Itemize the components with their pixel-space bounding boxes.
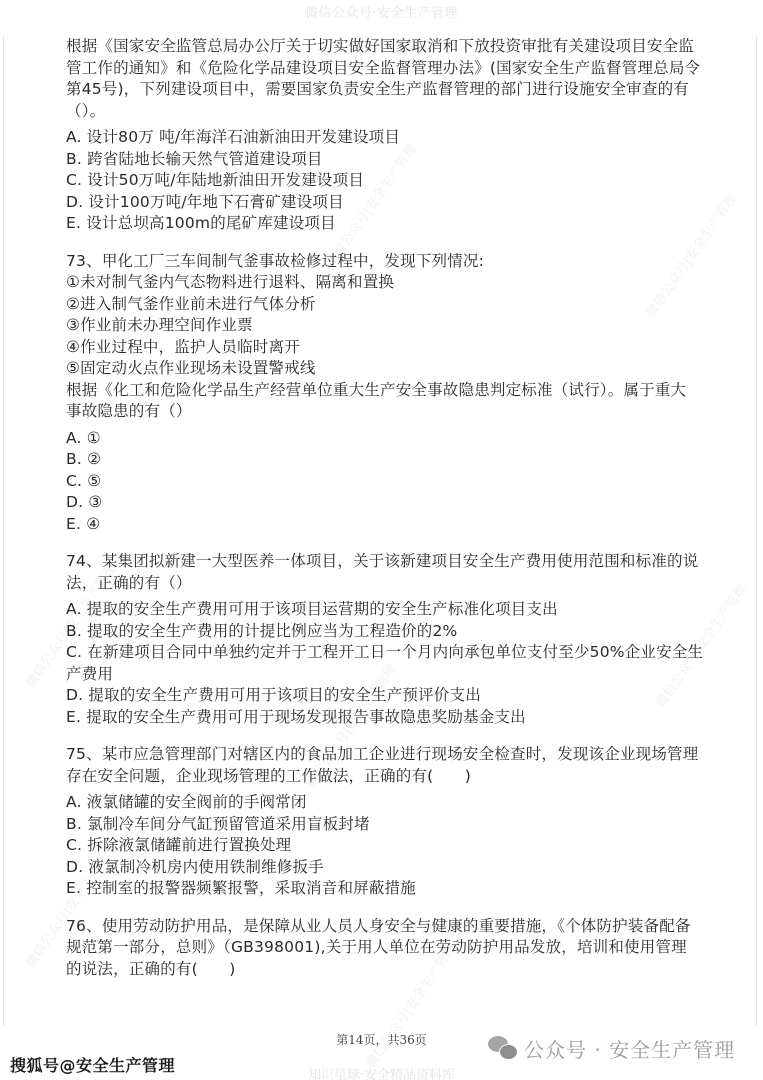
question-74: 74、某集团拟新建一大型医养一体项目，关于该新建项目安全生产费用使用范围和标准的… — [66, 551, 706, 728]
question-stem: ②进入制气釜作业前未进行气体分析 — [66, 294, 706, 316]
option-a: A. 提取的安全生产费用可用于该项目运营期的安全生产标准化项目支出 — [66, 599, 706, 621]
question-stem: 管工作的通知》和《危险化学品建设项目安全监督管理办法》(国家安全生产监督管理总局… — [66, 58, 706, 80]
question-76: 76、使用劳动防护用品，是保障从业人员人身安全与健康的重要措施，《个体防护装备配… — [66, 916, 706, 981]
question-stem: 根据《国家安全监管总局办公厅关于切实做好国家取消和下放投资审批有关建设项目安全监 — [66, 36, 706, 58]
question-73: 73、甲化工厂三车间制气釜事故检修过程中，发现下列情况: ①未对制气釜内气态物料… — [66, 251, 706, 536]
option-e: E. 设计总坝高100m的尾矿库建设项目 — [66, 213, 706, 235]
option-d: D. 液氯制冷机房内使用铁制维修扳手 — [66, 857, 706, 879]
question-stem: 73、甲化工厂三车间制气釜事故检修过程中，发现下列情况: — [66, 251, 706, 273]
question-stem: ⑤固定动火点作业现场未设置警戒线 — [66, 358, 706, 380]
question-stem: ①未对制气釜内气态物料进行退料、隔离和置换 — [66, 272, 706, 294]
option-a: A. ① — [66, 428, 706, 450]
question-stem: 75、某市应急管理部门对辖区内的食品加工企业进行现场安全检查时，发现该企业现场管… — [66, 744, 706, 766]
option-list: A. 提取的安全生产费用可用于该项目运营期的安全生产标准化项目支出 B. 提取的… — [66, 599, 706, 728]
wechat-icon — [488, 1036, 518, 1062]
option-c: C. 在新建项目合同中单独约定并于工程开工日一个月内向承包单位支付至少50%企业… — [66, 642, 706, 664]
question-stem: 存在安全问题，企业现场管理的工作做法，正确的有( ) — [66, 766, 706, 788]
option-a: A. 液氯储罐的安全阀前的手阀常闭 — [66, 792, 706, 814]
option-c: C. 设计50万吨/年陆地新油田开发建设项目 — [66, 170, 706, 192]
option-b: B. ② — [66, 449, 706, 471]
option-e: E. ④ — [66, 514, 706, 536]
option-c-continued: 产费用 — [66, 664, 706, 686]
question-stem: 第45号)，下列建设项目中，需要国家负责安全生产监督管理的部门进行设施安全审查的… — [66, 79, 706, 101]
question-stem: 规范第一部分，总则》（GB398001),关于用人单位在劳动防护用品发放，培训和… — [66, 937, 706, 959]
document-content: 根据《国家安全监管总局办公厅关于切实做好国家取消和下放投资审批有关建设项目安全监… — [66, 36, 706, 980]
question-stem: （）。 — [66, 101, 706, 123]
wechat-account-label: 公众号 · 安全生产管理 — [524, 1034, 735, 1063]
option-d: D. 设计100万吨/年地下石膏矿建设项目 — [66, 192, 706, 214]
sohu-credit: 搜狐号@安全生产管理 — [10, 1053, 175, 1076]
option-list: A. 设计80万 吨/年海洋石油新油田开发建设项目 B. 跨省陆地长输天然气管道… — [66, 127, 706, 235]
question-stem: ③作业前未办理空间作业票 — [66, 315, 706, 337]
option-b: B. 提取的安全生产费用的计提比例应当为工程造价的2% — [66, 621, 706, 643]
option-e: E. 控制室的报警器频繁报警，采取消音和屏蔽措施 — [66, 878, 706, 900]
option-d: D. 提取的安全生产费用可用于该项目的安全生产预评价支出 — [66, 685, 706, 707]
question-stem: 76、使用劳动防护用品，是保障从业人员人身安全与健康的重要措施，《个体防护装备配… — [66, 916, 706, 938]
question-stem: ④作业过程中，监护人员临时离开 — [66, 337, 706, 359]
question-stem: 法，正确的有（） — [66, 573, 706, 595]
question-75: 75、某市应急管理部门对辖区内的食品加工企业进行现场安全检查时，发现该企业现场管… — [66, 744, 706, 900]
top-watermark: 微信公众号·安全生产管理 — [0, 2, 763, 21]
option-c: C. ⑤ — [66, 471, 706, 493]
question-72: 根据《国家安全监管总局办公厅关于切实做好国家取消和下放投资审批有关建设项目安全监… — [66, 36, 706, 235]
option-b: B. 跨省陆地长输天然气管道建设项目 — [66, 149, 706, 171]
option-list: A. ① B. ② C. ⑤ D. ③ E. ④ — [66, 428, 706, 536]
option-e: E. 提取的安全生产费用可用于现场发现报告事故隐患奖励基金支出 — [66, 707, 706, 729]
option-c: C. 拆除液氯储罐前进行置换处理 — [66, 835, 706, 857]
question-stem: 根据《化工和危险化学品生产经营单位重大生产安全事故隐患判定标准（试行）。属于重大 — [66, 380, 706, 402]
wechat-account-badge: 公众号 · 安全生产管理 — [488, 1034, 735, 1063]
option-d: D. ③ — [66, 492, 706, 514]
question-stem: 74、某集团拟新建一大型医养一体项目，关于该新建项目安全生产费用使用范围和标准的… — [66, 551, 706, 573]
option-b: B. 氯制冷车间分气缸预留管道采用盲板封堵 — [66, 814, 706, 836]
question-stem: 事故隐患的有（） — [66, 401, 706, 423]
option-list: A. 液氯储罐的安全阀前的手阀常闭 B. 氯制冷车间分气缸预留管道采用盲板封堵 … — [66, 792, 706, 900]
option-a: A. 设计80万 吨/年海洋石油新油田开发建设项目 — [66, 127, 706, 149]
question-stem: 的说法，正确的有( ) — [66, 959, 706, 981]
